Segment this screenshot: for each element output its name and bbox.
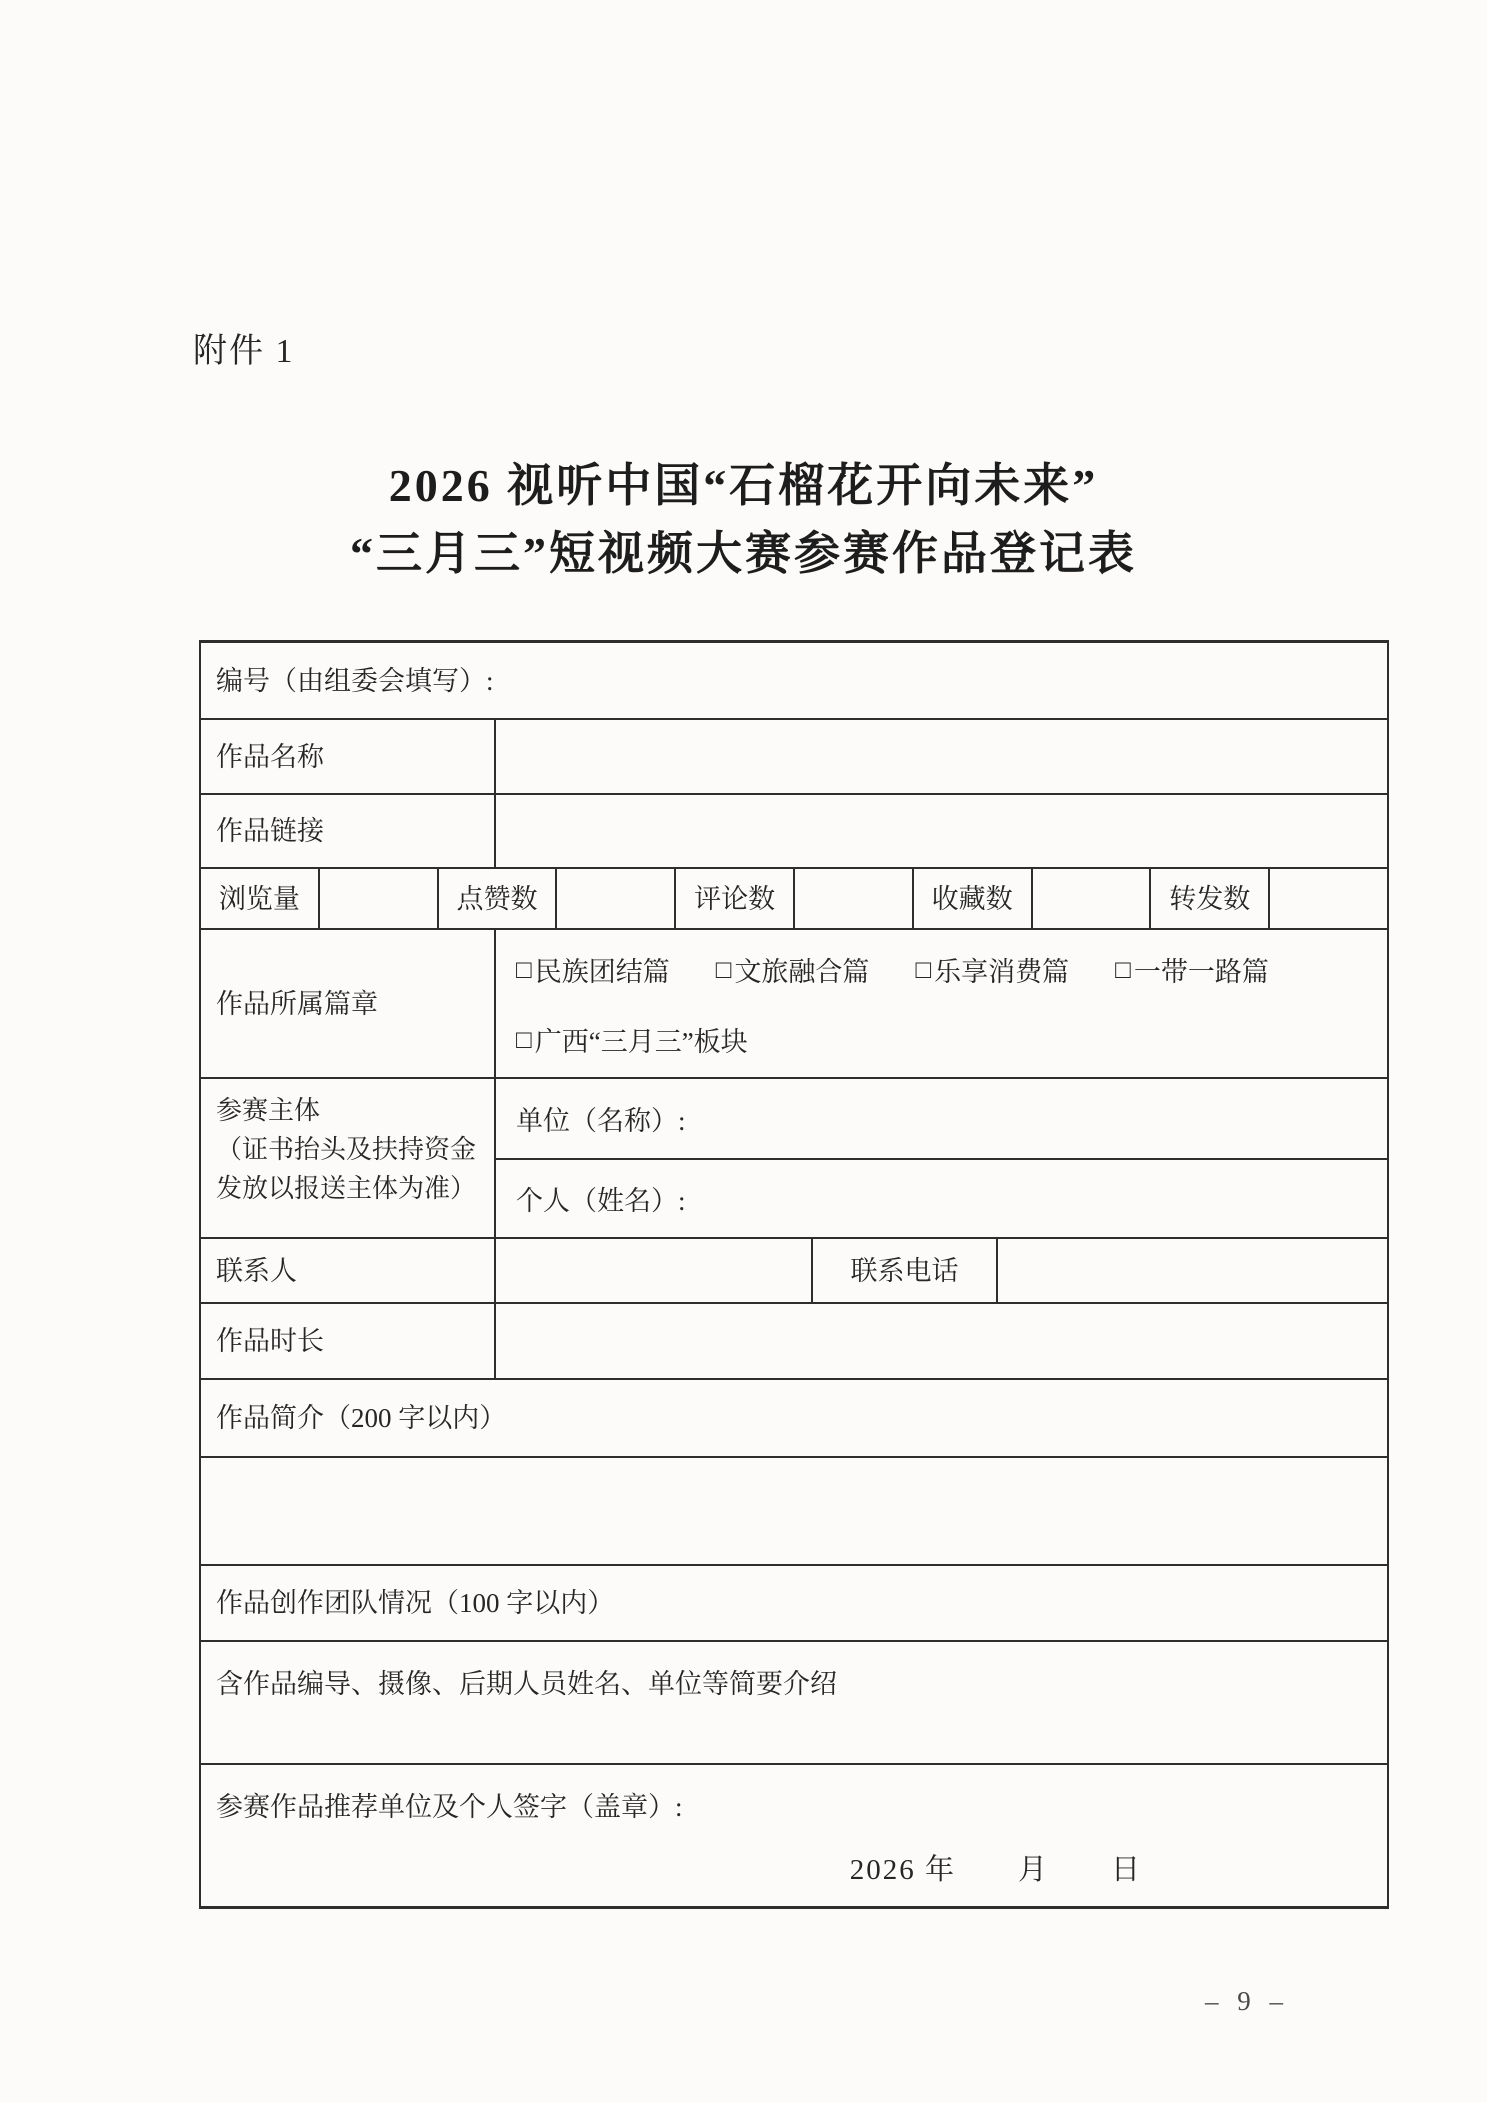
row-chapter: 作品所属篇章 □ 民族团结篇 □ 文旅融合篇 □ 乐享消费篇 xyxy=(201,928,1387,1077)
stat-value-likes xyxy=(555,869,674,928)
unit-name-label: 单位（名称）: xyxy=(516,1099,686,1138)
chapter-option-label: 广西“三月三”板块 xyxy=(535,1020,748,1059)
chapter-option-minzu: □ 民族团结篇 xyxy=(516,950,670,989)
unit-name-row: 单位（名称）: xyxy=(496,1079,1387,1158)
serial-label: 编号（由组委会填写）: xyxy=(201,643,1387,718)
stat-value-views xyxy=(318,869,437,928)
chapter-options: □ 民族团结篇 □ 文旅融合篇 □ 乐享消费篇 □ 一带一路篇 xyxy=(494,930,1387,1077)
person-name-label: 个人（姓名）: xyxy=(516,1179,686,1218)
row-intro-header: 作品简介（200 字以内） xyxy=(201,1378,1387,1456)
form-title: 2026 视听中国“石榴花开向未来” “三月三”短视频大赛参赛作品登记表 xyxy=(0,452,1487,588)
document-page: 附件 1 2026 视听中国“石榴花开向未来” “三月三”短视频大赛参赛作品登记… xyxy=(0,0,1487,2102)
entrant-label: 参赛主体 （证书抬头及扶持资金发放以报送主体为准） xyxy=(201,1079,494,1237)
form-title-line-2: “三月三”短视频大赛参赛作品登记表 xyxy=(0,520,1487,588)
signature-cell: 参赛作品推荐单位及个人签字（盖章）: 2026 年 月 日 xyxy=(201,1765,1387,1906)
page-number: – 9 – xyxy=(1205,1986,1289,2017)
work-name-label: 作品名称 xyxy=(201,720,494,793)
chapter-label: 作品所属篇章 xyxy=(201,930,494,1077)
form-title-line-1: 2026 视听中国“石榴花开向未来” xyxy=(0,452,1487,520)
intro-label: 作品简介（200 字以内） xyxy=(201,1380,1387,1456)
row-team-header: 作品创作团队情况（100 字以内） xyxy=(201,1564,1387,1640)
team-label: 作品创作团队情况（100 字以内） xyxy=(201,1566,1387,1640)
person-name-row: 个人（姓名）: xyxy=(496,1158,1387,1237)
stat-label-likes: 点赞数 xyxy=(437,869,556,928)
entrant-fields: 单位（名称）: 个人（姓名）: xyxy=(494,1079,1387,1237)
chapter-option-lexiang: □ 乐享消费篇 xyxy=(915,950,1069,989)
chapter-option-guangxi: □ 广西“三月三”板块 xyxy=(516,1020,748,1059)
attachment-label: 附件 1 xyxy=(193,323,295,372)
team-note: 含作品编导、摄像、后期人员姓名、单位等简要介绍 xyxy=(201,1642,1387,1763)
duration-value-cell xyxy=(494,1304,1387,1378)
row-team-note: 含作品编导、摄像、后期人员姓名、单位等简要介绍 xyxy=(201,1640,1387,1763)
entrant-label-note: （证书抬头及扶持资金发放以报送主体为准） xyxy=(216,1130,482,1208)
row-work-link: 作品链接 xyxy=(201,793,1387,867)
contact-phone-value-cell xyxy=(996,1239,1387,1302)
entrant-label-title: 参赛主体 xyxy=(216,1091,320,1130)
stat-label-favorites: 收藏数 xyxy=(912,869,1031,928)
stat-value-shares xyxy=(1268,869,1387,928)
checkbox-icon: □ xyxy=(516,955,532,985)
registration-form-table: 编号（由组委会填写）: 作品名称 作品链接 浏览量 点赞数 评论数 收藏数 转发… xyxy=(199,640,1389,1909)
chapter-option-label: 文旅融合篇 xyxy=(734,950,869,989)
stat-label-comments: 评论数 xyxy=(674,869,793,928)
checkbox-icon: □ xyxy=(516,1025,532,1055)
chapter-option-label: 民族团结篇 xyxy=(535,950,670,989)
stat-label-views: 浏览量 xyxy=(201,869,318,928)
intro-value-cell xyxy=(201,1458,1387,1564)
contact-person-value-cell xyxy=(494,1239,811,1302)
row-intro-body xyxy=(201,1456,1387,1564)
row-contact: 联系人 联系电话 xyxy=(201,1237,1387,1302)
checkbox-icon: □ xyxy=(716,955,732,985)
work-link-label: 作品链接 xyxy=(201,795,494,867)
chapter-option-label: 乐享消费篇 xyxy=(934,950,1069,989)
stat-label-shares: 转发数 xyxy=(1149,869,1268,928)
row-duration: 作品时长 xyxy=(201,1302,1387,1378)
checkbox-icon: □ xyxy=(915,955,931,985)
signature-label: 参赛作品推荐单位及个人签字（盖章）: xyxy=(216,1785,1372,1824)
row-stats: 浏览量 点赞数 评论数 收藏数 转发数 xyxy=(201,867,1387,928)
chapter-option-yidaiyilu: □ 一带一路篇 xyxy=(1115,950,1269,989)
chapter-option-label: 一带一路篇 xyxy=(1134,950,1269,989)
work-link-value-cell xyxy=(494,795,1387,867)
checkbox-icon: □ xyxy=(1115,955,1131,985)
chapter-options-line-1: □ 民族团结篇 □ 文旅融合篇 □ 乐享消费篇 □ 一带一路篇 xyxy=(516,950,1377,989)
row-serial: 编号（由组委会填写）: xyxy=(201,643,1387,718)
chapter-option-wenlv: □ 文旅融合篇 xyxy=(716,950,870,989)
row-work-name: 作品名称 xyxy=(201,718,1387,793)
row-entrant: 参赛主体 （证书抬头及扶持资金发放以报送主体为准） 单位（名称）: 个人（姓名）… xyxy=(201,1077,1387,1237)
contact-phone-label: 联系电话 xyxy=(811,1239,996,1302)
chapter-options-line-2: □ 广西“三月三”板块 xyxy=(516,1020,1377,1059)
signature-date: 2026 年 月 日 xyxy=(850,1847,1372,1888)
row-signature: 参赛作品推荐单位及个人签字（盖章）: 2026 年 月 日 xyxy=(201,1763,1387,1906)
work-name-value-cell xyxy=(494,720,1387,793)
stat-value-favorites xyxy=(1031,869,1150,928)
stat-value-comments xyxy=(793,869,912,928)
duration-label: 作品时长 xyxy=(201,1304,494,1378)
contact-person-label: 联系人 xyxy=(201,1239,494,1302)
